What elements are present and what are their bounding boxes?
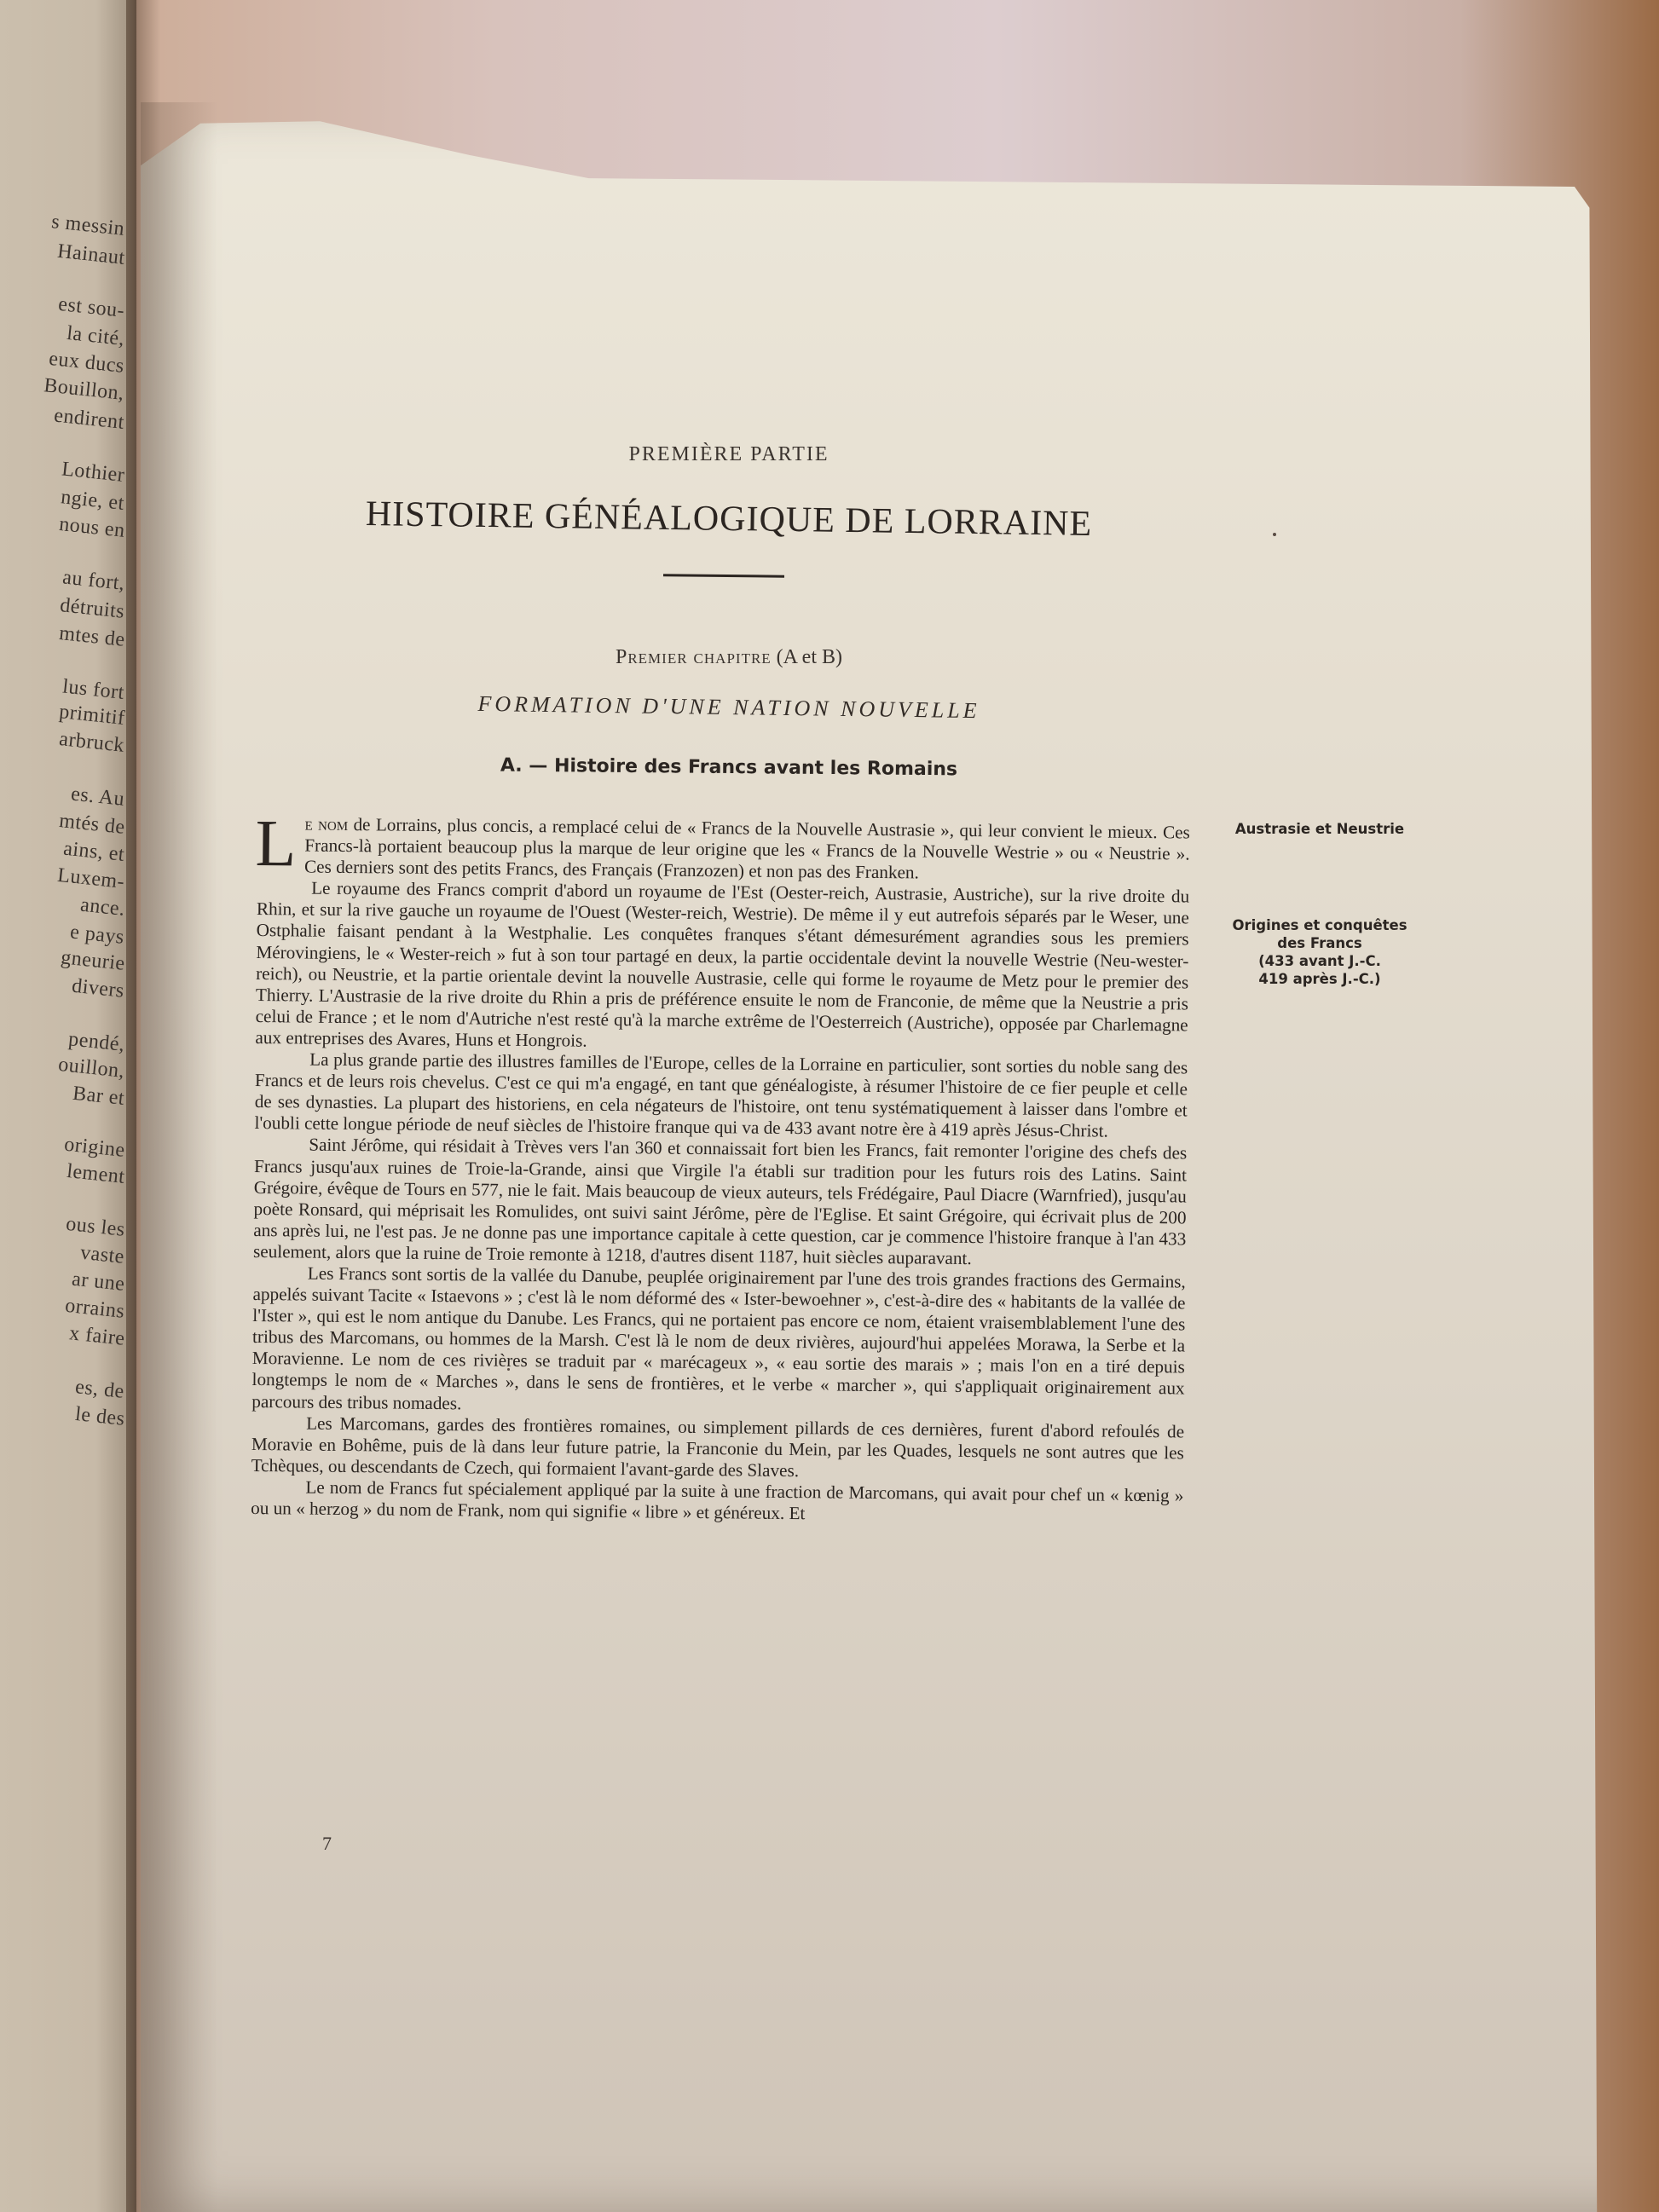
paragraph: La plus grande partie des illustres fami… — [254, 1048, 1188, 1143]
paragraph: Les Francs sont sortis de la vallée du D… — [251, 1262, 1186, 1421]
previous-page-text-fragment: ngie, et — [60, 486, 125, 516]
margin-note-austrasie: Austrasie et Neustrie — [1217, 820, 1422, 838]
previous-page-text-fragment: es. Au — [70, 783, 125, 811]
previous-page: s messinHainautest sou-la cité,eux ducsB… — [0, 0, 136, 2212]
paragraph: Saint Jérôme, qui résidait à Trèves vers… — [253, 1134, 1187, 1271]
previous-page-text-fragment: au fort, — [61, 566, 126, 596]
previous-page-text-fragment: Hainaut — [56, 240, 126, 270]
drop-cap-lead: e nom — [304, 814, 348, 835]
paper-speck — [1273, 533, 1276, 536]
previous-page-text-fragment: e pays — [69, 921, 125, 950]
previous-page-text-fragment: orrains — [64, 1295, 126, 1324]
previous-page-text-fragment: s messin — [50, 211, 125, 241]
previous-page-text-fragment: nous en — [58, 513, 126, 543]
previous-page-text-fragment: ouillon, — [57, 1054, 125, 1083]
body-text: Le nom de Lorrains, plus concis, a rempl… — [251, 813, 1190, 1528]
previous-page-text-fragment: origine — [62, 1134, 125, 1163]
previous-page-text-fragment: ance. — [78, 894, 125, 921]
previous-page-text-fragment: divers — [71, 975, 125, 1003]
drop-cap: L — [255, 817, 296, 869]
chapter-label: Premier chapitre (A et B) — [256, 646, 1202, 669]
part-label: PREMIÈRE PARTIE — [256, 443, 1202, 466]
previous-page-text-fragment: mtés de — [58, 810, 126, 840]
previous-page-text-fragment: la cité, — [66, 322, 125, 351]
margin-note-origines: Origines et conquêtes des Francs (433 av… — [1217, 916, 1422, 988]
margin-note-line: (433 avant J.-C. — [1217, 952, 1422, 970]
previous-page-text-fragment: primitif — [58, 701, 126, 731]
previous-page-text-fragment: détruits — [59, 594, 125, 624]
paragraph: Le nom de Francs fut spécialement appliq… — [251, 1476, 1183, 1528]
previous-page-text-fragment: lement — [66, 1160, 126, 1189]
margin-note-line: Austrasie et Neustrie — [1217, 820, 1422, 838]
previous-page-text-fragment: ous les — [64, 1213, 125, 1242]
chapter-label-smallcaps: Premier chapitre — [616, 646, 772, 668]
previous-page-text-fragment: Bar et — [72, 1083, 125, 1111]
margin-note-line: des Francs — [1217, 934, 1422, 952]
previous-page-text-fragment: Luxem- — [56, 864, 125, 894]
previous-page-text-fragment: x faire — [67, 1322, 125, 1351]
margin-note-line: Origines et conquêtes — [1217, 916, 1422, 934]
previous-page-text-fragment: vaste — [79, 1242, 125, 1269]
paragraph: Les Marcomans, gardes des frontières rom… — [251, 1412, 1185, 1486]
previous-page-text-fragment: Bouillon, — [43, 374, 126, 406]
previous-page-text-fragment: es, de — [74, 1376, 125, 1404]
previous-page-text-fragment: Lothier — [61, 458, 126, 488]
previous-page-text-fragment: mtes de — [58, 622, 126, 652]
previous-page-text-fragment: ar une — [71, 1268, 126, 1297]
page-number: 7 — [322, 1833, 332, 1855]
paper-speck — [507, 1368, 510, 1371]
previous-page-text-fragment: arbruck — [58, 728, 125, 758]
chapter-label-suffix: (A et B) — [772, 646, 842, 668]
previous-page-text-fragment: endirent — [53, 404, 125, 434]
previous-page-text-fragment: eux ducs — [48, 348, 125, 378]
paragraph: Le royaume des Francs comprit d'abord un… — [255, 877, 1189, 1057]
previous-page-text-fragment: est sou- — [57, 293, 125, 323]
previous-page-text-fragment: le des — [74, 1403, 126, 1431]
previous-page-text-fragment: gneurie — [60, 946, 126, 976]
previous-page-text-fragment: pendé, — [67, 1028, 126, 1057]
paragraph-text: de Lorrains, plus concis, a remplacé cel… — [304, 814, 1190, 883]
previous-page-text-fragment: lus fort — [61, 675, 125, 704]
paragraph: Le nom de Lorrains, plus concis, a rempl… — [257, 813, 1190, 887]
margin-note-line: 419 après J.-C.) — [1217, 970, 1422, 988]
previous-page-text-fragment: ains, et — [62, 838, 125, 867]
